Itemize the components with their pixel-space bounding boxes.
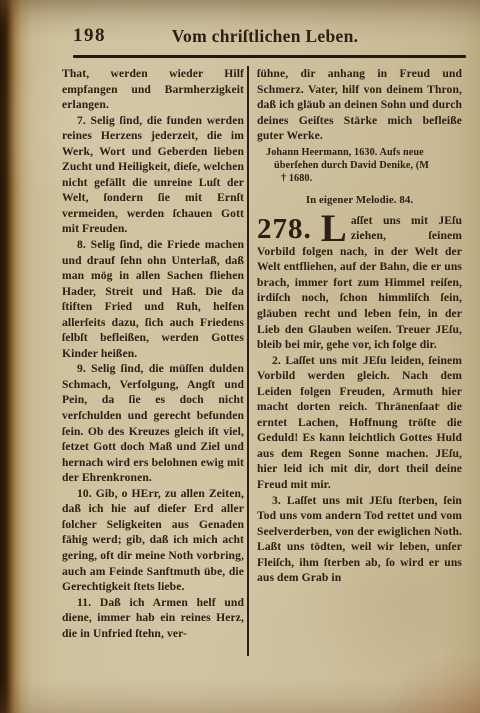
page-number: 198 [73,25,106,47]
attribution-line: Johann Heermann, 1630. Aufs neue [257,146,462,159]
verse-10: 10. Gib, o HErr, zu allen Zeiten, daß ic… [62,486,244,595]
column-divider-rule [247,66,249,656]
paragraph-continuation: That, werden wieder Hilf empfangen und B… [62,66,244,113]
verse-7: 7. Selig ſind, die funden werden reines … [62,113,244,237]
section-title: Vom chriſtlichen Leben. [120,26,410,47]
melody-note: In eigener Melodie. 84. [257,194,462,207]
right-text-column: ſühne, dir anhang in Freud und Schmerz. … [257,66,462,662]
attribution-line: überſehen durch David Denike, (M [257,159,462,172]
hymn-dropcap: L [321,213,347,244]
verse-11: 11. Daß ich Armen helf und diene, immer … [62,595,244,642]
hymn-278-verse-3: 3. Laſſet uns mit JEſu ſterben, ſein Tod… [257,493,462,586]
hymn-attribution: Johann Heermann, 1630. Aufs neue überſeh… [257,146,462,185]
attribution-line: † 1680. [257,172,462,185]
hymn-278-verse-1: 278.Laſſet uns mit JEſu ziehen, ſeinem V… [257,213,462,353]
paragraph-continuation: ſühne, dir anhang in Freud und Schmerz. … [257,66,462,144]
verse-8: 8. Selig ſind, die Friede machen und dra… [62,237,244,361]
header-rule [73,55,466,58]
verse-9: 9. Selig ſind, die müſſen dulden Schmach… [62,361,244,485]
hymnal-page-scan: 198 Vom chriſtlichen Leben. That, werden… [0,0,480,713]
hymn-278-verse-2: 2. Laſſet uns mit JEſu leiden, ſeinem Vo… [257,353,462,493]
hymn-number: 278. [257,214,312,244]
ink-speck [437,404,440,407]
left-text-column: That, werden wieder Hilf empfangen und B… [62,66,244,662]
